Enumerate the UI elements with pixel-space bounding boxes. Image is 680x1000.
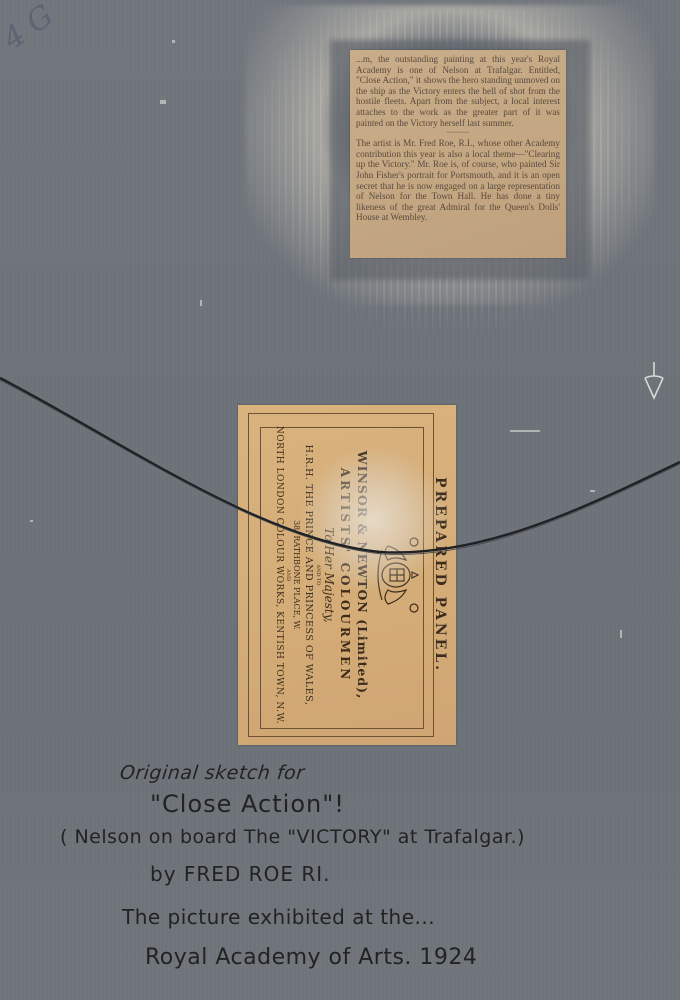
hanging-hook-icon: [641, 360, 667, 402]
clipping-paragraph-1: ...m, the outstanding painting at this y…: [356, 54, 560, 128]
clipping-paragraph-2: The artist is Mr. Fred Roe, R.I., whose …: [356, 138, 560, 223]
label-works: NORTH LONDON COLOUR WORKS, KENTISH TOWN,…: [274, 405, 284, 745]
inscription-line-1: Original sketch for: [119, 762, 306, 784]
inscription-line-3: ( Nelson on board The "VICTORY" at Trafa…: [60, 826, 525, 848]
inscription-line-5: The picture exhibited at the...: [122, 905, 435, 929]
label-stain: [298, 445, 448, 595]
inscription-line-2: "Close Action"!: [150, 790, 345, 818]
panel-back: 4 G ...m, the outstanding painting at th…: [0, 0, 680, 1000]
newspaper-clipping: ...m, the outstanding painting at this y…: [350, 50, 566, 258]
clipping-divider: ~~~~~~: [356, 129, 560, 137]
supplier-label: PREPARED PANEL. WINSOR & NEWTON (Limited…: [238, 405, 456, 745]
inscription-line-6: Royal Academy of Arts. 1924: [145, 945, 477, 970]
inscription-line-4: by FRED ROE RI.: [150, 862, 330, 886]
label-and: AND: [285, 405, 291, 745]
corner-pencil-scribble: 4 G: [0, 0, 60, 57]
